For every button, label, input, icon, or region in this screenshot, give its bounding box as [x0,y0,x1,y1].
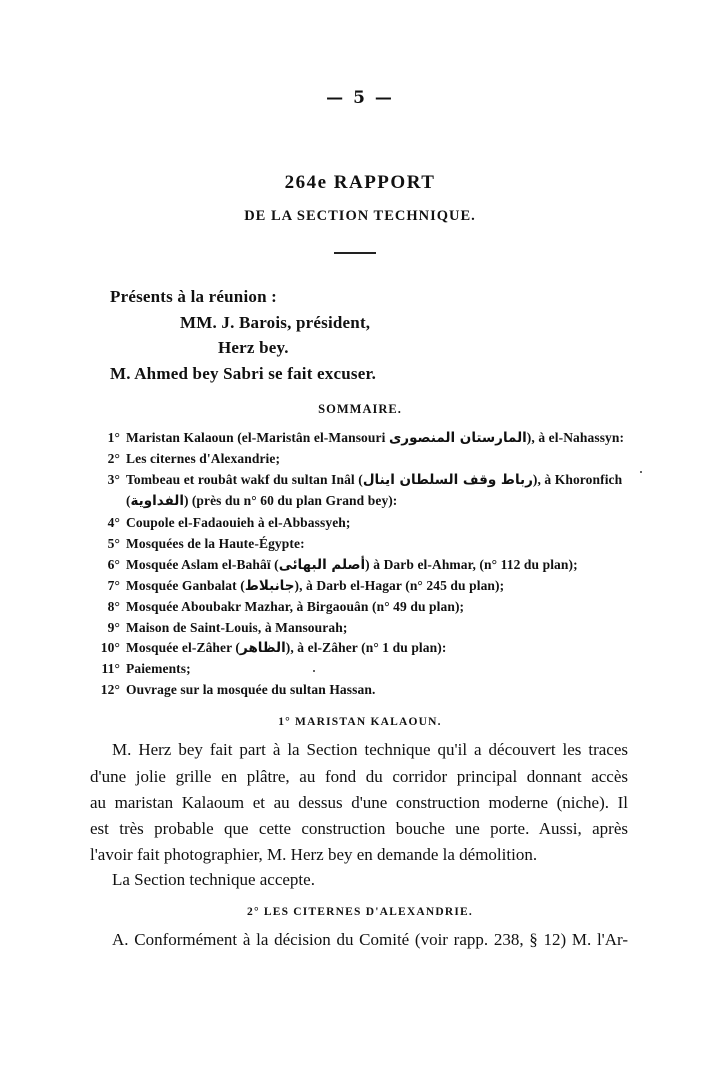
summary-item-number: 9° [100,620,120,636]
summary-item-text: Maristan Kalaoun (el-Maristân el-Mansour… [126,430,389,445]
summary-item: 6°Mosquée Aslam el-Bahâï (أصلم البهائى) … [100,557,578,573]
print-speck [640,471,642,473]
summary-item: 5°Mosquées de la Haute-Égypte: [100,536,305,552]
summary-item-text: Tombeau et roubât wakf du sultan Inâl ( [126,472,363,487]
summary-item-text: Mosquée Aboubakr Mazhar, à Birgaouân (n°… [126,599,464,614]
page-number: — 5 — [0,88,720,108]
summary-item-arabic: الفداوية [131,493,185,509]
attendance-excused: M. Ahmed bey Sabri se fait excuser. [110,364,376,384]
summary-item-arabic: أصلم البهائى [279,557,365,573]
summary-item-number: 12° [84,682,120,698]
summary-item: 8°Mosquée Aboubakr Mazhar, à Birgaouân (… [100,599,464,615]
paragraph-line: est très probable que cette construction… [90,819,628,839]
summary-item: 2°Les citernes d'Alexandrie; [100,451,280,467]
paragraph-line: A. Conformément à la décision du Comité … [112,930,628,950]
summary-item-text-after: ) (près du n° 60 du plan Grand bey): [184,493,397,508]
paragraph-line: au maristan Kalaoum et au dessus d'une c… [90,793,628,813]
summary-item-text: Paiements; [126,661,191,676]
summary-item-text: Maison de Saint-Louis, à Mansourah; [126,620,347,635]
summary-item-text: Mosquée Aslam el-Bahâï ( [126,557,279,572]
summary-item-text-after: ), à el-Nahassyn: [527,430,624,445]
summary-item-text: Ouvrage sur la mosquée du sultan Hassan. [126,682,375,697]
summary-item-text-after: ), à Darb el-Hagar (n° 245 du plan); [294,578,504,593]
summary-item: 11°Paiements; [84,661,191,677]
document-page: — 5 — 264e RAPPORT DE LA SECTION TECHNIQ… [0,0,720,1078]
summary-item-arabic: المارستان المنصورى [389,430,527,446]
summary-item-number: 8° [100,599,120,615]
summary-item-arabic: جانبلاط [245,578,295,594]
summary-item-arabic: رباط وقف السلطان اينال [363,472,533,488]
summary-item-number: 3° [100,472,120,488]
summary-item-number: 2° [100,451,120,467]
summary-item-text: Mosquée Ganbalat ( [126,578,245,593]
attendance-label: Présents à la réunion : [110,287,277,307]
summary-item-arabic: الظاهر [240,640,286,656]
summary-item-number: 5° [100,536,120,552]
section-heading-maristan-kalaoun: 1° MARISTAN KALAOUN. [0,716,720,728]
summary-item: 10°Mosquée el-Zâher (الظاهر), à el-Zâher… [84,640,446,656]
summary-item-text: Les citernes d'Alexandrie; [126,451,280,466]
attendance-members-line-1: MM. J. Barois, président, [180,313,370,333]
paragraph-line: M. Herz bey fait part à la Section techn… [112,740,628,760]
summary-item: 12°Ouvrage sur la mosquée du sultan Hass… [84,682,375,698]
summary-item: 7°Mosquée Ganbalat (جانبلاط), à Darb el-… [100,578,504,594]
summary-item-continuation: (الفداوية) (près du n° 60 du plan Grand … [100,493,397,509]
summary-item: 9°Maison de Saint-Louis, à Mansourah; [100,620,347,636]
summary-item-number: 6° [100,557,120,573]
summary-item-number: 1° [100,430,120,446]
summary-item: 3°Tombeau et roubât wakf du sultan Inâl … [100,472,622,488]
summary-item-text: Mosquée el-Zâher ( [126,640,240,655]
paragraph-line: d'une jolie grille en plâtre, au fond du… [90,767,628,787]
summary-heading: SOMMAIRE. [0,402,720,417]
report-title: 264e RAPPORT [0,172,720,194]
title-divider [334,252,376,254]
summary-item: 1°Maristan Kalaoun (el-Maristân el-Manso… [100,430,624,446]
summary-item-number: 7° [100,578,120,594]
section-heading-citernes: 2° LES CITERNES D'ALEXANDRIE. [0,906,720,918]
summary-item-text: Mosquées de la Haute-Égypte: [126,536,305,551]
summary-item-text-after: ), à el-Zâher (n° 1 du plan): [286,640,447,655]
print-speck [313,670,315,672]
summary-item: 4°Coupole el-Fadaouieh à el-Abbassyeh; [100,515,351,531]
report-subtitle: DE LA SECTION TECHNIQUE. [0,208,720,225]
section-conclusion: La Section technique accepte. [112,870,628,890]
summary-item-number: 10° [84,640,120,656]
summary-item-number: 4° [100,515,120,531]
summary-item-text: Coupole el-Fadaouieh à el-Abbassyeh; [126,515,351,530]
attendance-members-line-2: Herz bey. [218,338,289,358]
summary-item-text-after: ), à Khoronfich [533,472,622,487]
summary-item-number: 11° [84,661,120,677]
summary-item-text-after: ) à Darb el-Ahmar, (n° 112 du plan); [365,557,578,572]
paragraph-line: l'avoir fait photographier, M. Herz bey … [90,845,628,865]
